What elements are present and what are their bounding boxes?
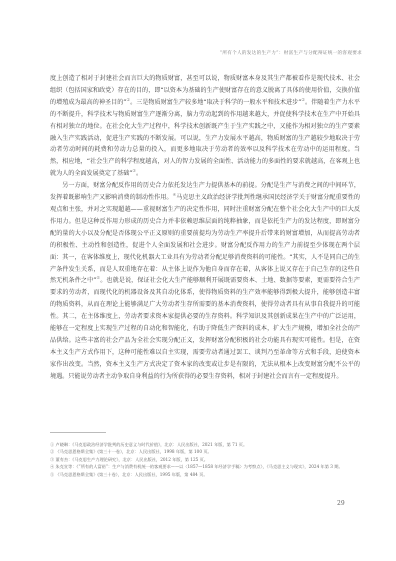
footnote-marker: ③ xyxy=(132,168,136,173)
footnotes: ① 卢晓琳：《马克思政治经济学批判的历史意义与时代价值》，北京：人民出版社，20… xyxy=(50,441,360,478)
footnote-4: ④ 朱克宣等：《“所有的人富裕”：生产与消费有机统一的客观要求——以〈1857—… xyxy=(50,463,360,470)
footnote-marker: ② xyxy=(301,97,305,102)
paragraph: 度上创造了相对于封建社会而言巨大的物质财富，甚至可以说，物质财富本身及其生产都被… xyxy=(50,73,360,180)
footnote-marker: ⑤ xyxy=(96,275,100,280)
body-text: 度上创造了相对于封建社会而言巨大的物质财富，甚至可以说，物质财富本身及其生产都被… xyxy=(50,73,360,383)
footnote-marker: ① xyxy=(126,97,130,102)
footnote-3: ③ 董有杰：《马克思生产力理论研究》，北京：人民出版社，2012 年版，第 12… xyxy=(50,456,360,463)
footnote-1: ① 卢晓琳：《马克思政治经济学批判的历史意义与时代价值》，北京：人民出版社，20… xyxy=(50,441,360,448)
paragraph: 另一方面，财富分配反作用的历史合力依托发达生产力提供基本的前提。分配是生产与消费… xyxy=(50,180,360,382)
page-number: 29 xyxy=(337,500,345,507)
running-head: “所有个人的发达的生产力”：财富生产与分配辩证统一的客观要求 xyxy=(150,50,362,56)
footnote-marker: ④ xyxy=(173,192,177,197)
footnote-2: ② 《马克思恩格斯全集》(第三十一卷），北京：人民出版社，1998 年版，第 1… xyxy=(50,448,360,455)
footnote-5: ⑤ 《马克思恩格斯全集》(第三十卷），北京：人民出版社，1995 年版，第 48… xyxy=(50,471,360,478)
footnote-divider xyxy=(50,432,106,433)
